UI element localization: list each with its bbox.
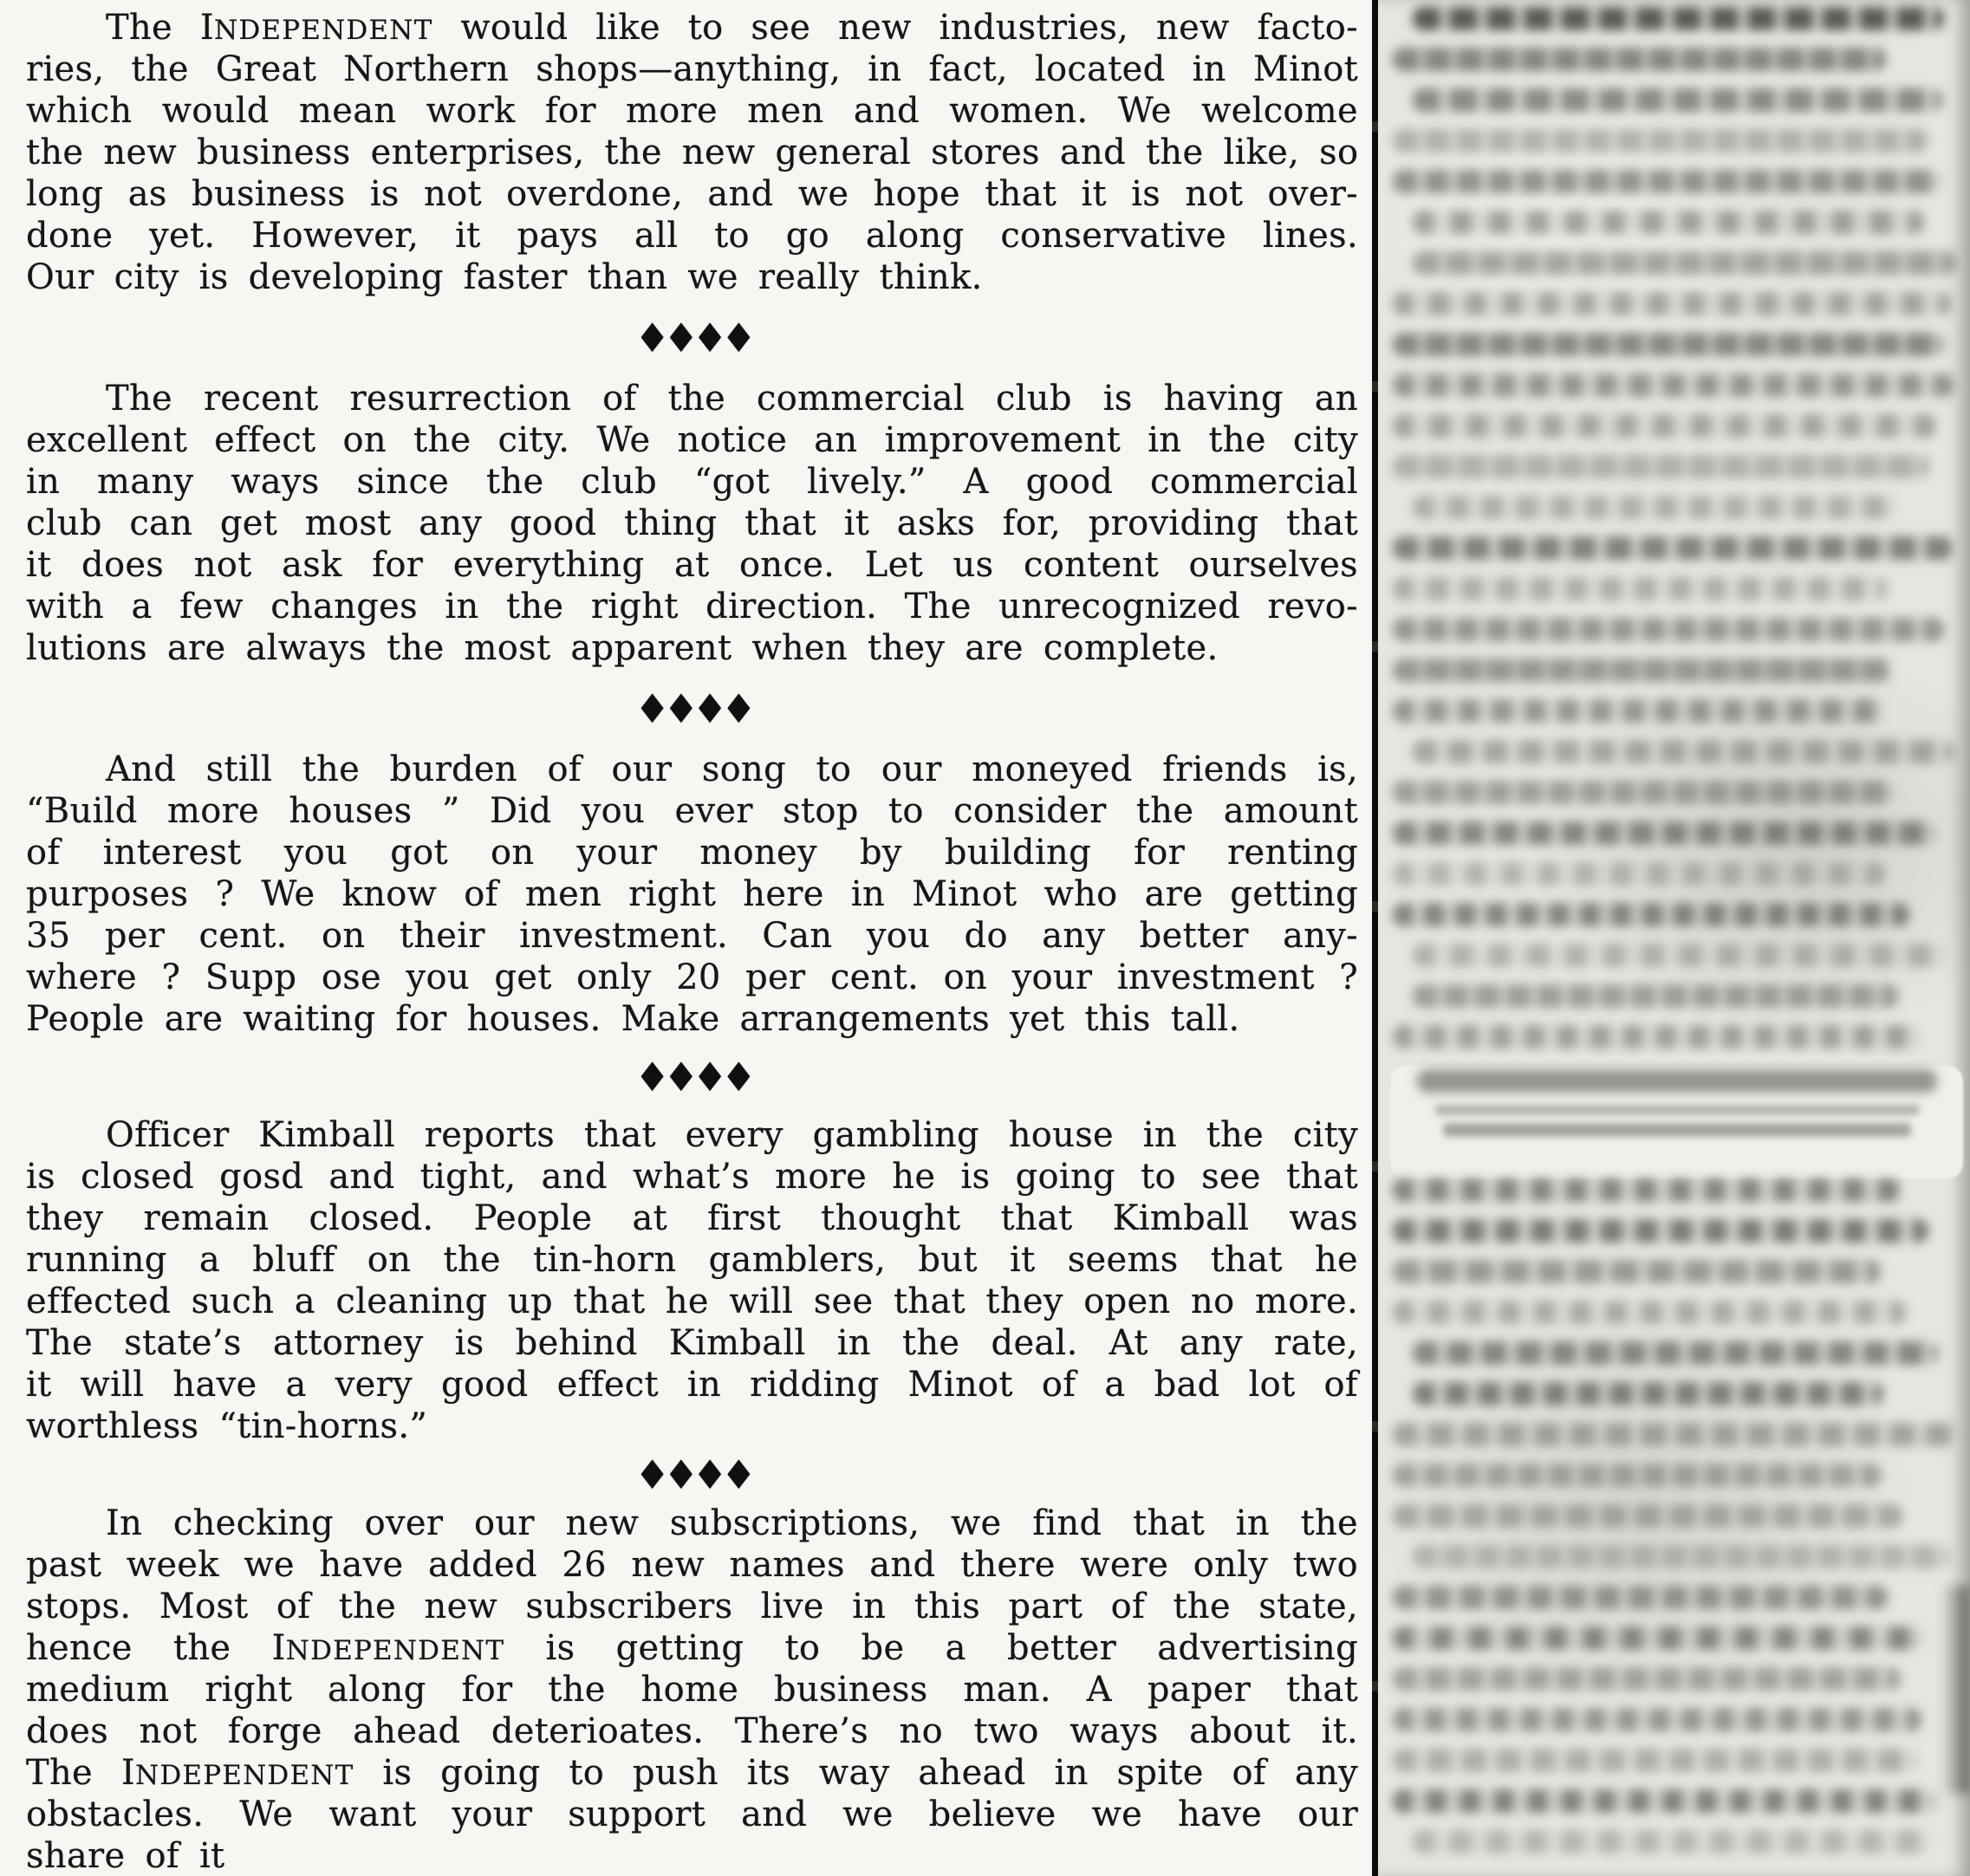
blurred-text-line bbox=[1393, 699, 1883, 723]
blurred-text-line bbox=[1393, 577, 1887, 600]
text-line: Officer Kimball reports that every gambl… bbox=[26, 1114, 1358, 1156]
body-text: I bbox=[272, 1628, 286, 1668]
blurred-text-line bbox=[1413, 1545, 1948, 1568]
blurred-text-line bbox=[1393, 333, 1943, 356]
body-text: The recent resurrection of the commercia… bbox=[106, 379, 1358, 419]
blurred-text-line bbox=[1393, 821, 1935, 845]
text-line: medium right along for the home business… bbox=[26, 1669, 1358, 1710]
body-text: in many ways since the club “got lively.… bbox=[26, 462, 1358, 502]
body-text: does not forge ahead deterioates. There’… bbox=[26, 1711, 1358, 1751]
text-line: with a few changes in the right directio… bbox=[26, 586, 1358, 627]
blurred-text-line bbox=[1393, 862, 1886, 886]
text-line: hence the INDEPENDENT is getting to be a… bbox=[26, 1627, 1358, 1669]
body-text: share of it bbox=[26, 1836, 224, 1876]
text-line: long as business is not overdone, and we… bbox=[26, 173, 1358, 215]
body-text: hence the bbox=[26, 1628, 272, 1668]
blurred-text-line bbox=[1393, 1178, 1901, 1202]
text-line: ries, the Great Northern shops—anything,… bbox=[26, 49, 1358, 90]
section-rule-bottom bbox=[1443, 1123, 1911, 1137]
body-text: obstacles. We want your support and we b… bbox=[26, 1795, 1358, 1834]
blurred-text-line bbox=[1393, 1504, 1902, 1528]
body-text: I bbox=[121, 1753, 135, 1793]
text-line: The INDEPENDENT would like to see new in… bbox=[26, 7, 1358, 49]
text-line: The state’s attorney is behind Kimball i… bbox=[26, 1322, 1358, 1364]
scan-edge-smudge bbox=[1941, 1586, 1970, 1794]
blurred-text-line bbox=[1393, 170, 1940, 193]
body-text: Our city is developing faster than we re… bbox=[26, 257, 983, 297]
text-line: And still the burden of our song to our … bbox=[26, 749, 1358, 790]
paragraph: The recent resurrection of the commercia… bbox=[26, 378, 1358, 669]
text-line: obstacles. We want your support and we b… bbox=[26, 1794, 1358, 1835]
text-line: The INDEPENDENT is going to push its way… bbox=[26, 1752, 1358, 1794]
blurred-text-line bbox=[1413, 7, 1944, 30]
body-text: I bbox=[200, 8, 214, 48]
body-text: long as business is not overdone, and we… bbox=[26, 174, 1358, 214]
blurred-text-line bbox=[1393, 536, 1953, 560]
blurred-text-line bbox=[1393, 1626, 1922, 1650]
blurred-text-line bbox=[1393, 129, 1928, 153]
body-text: In checking over our new subscriptions, … bbox=[106, 1503, 1358, 1543]
blurred-text-line bbox=[1393, 903, 1909, 926]
paragraph: And still the burden of our song to our … bbox=[26, 749, 1358, 1040]
blurred-text-line bbox=[1393, 48, 1886, 71]
body-text: “Build more houses ” Did you ever stop t… bbox=[26, 791, 1358, 831]
body-text: of interest you got on your money by bui… bbox=[26, 833, 1358, 873]
blurred-text-line bbox=[1393, 1708, 1921, 1731]
body-text: running a bluff on the tin-horn gamblers… bbox=[26, 1240, 1358, 1280]
body-text: which would mean work for more men and w… bbox=[26, 91, 1358, 131]
body-text: purposes ? We know of men right here in … bbox=[26, 874, 1358, 914]
blurred-text-line bbox=[1393, 781, 1894, 804]
blurred-text-line bbox=[1413, 984, 1898, 1008]
small-caps-text: NDEPENDENT bbox=[286, 1635, 505, 1666]
text-line: it will have a very good effect in riddi… bbox=[26, 1364, 1358, 1405]
text-line: excellent effect on the city. We notice … bbox=[26, 419, 1358, 461]
blurred-text-line bbox=[1413, 1830, 1930, 1853]
section-break-gap bbox=[1390, 1137, 1963, 1173]
blurred-text-line bbox=[1393, 292, 1951, 315]
blurred-text-line bbox=[1413, 496, 1896, 519]
text-line: Our city is developing faster than we re… bbox=[26, 256, 1358, 298]
blurred-text-line bbox=[1413, 944, 1946, 967]
body-text: stops. Most of the new subscribers live … bbox=[26, 1587, 1358, 1626]
text-line: effected such a cleaning up that he will… bbox=[26, 1281, 1358, 1322]
body-text: is going to push its way ahead in spite … bbox=[354, 1753, 1359, 1793]
text-line: share of it bbox=[26, 1835, 1358, 1876]
blurred-text-line bbox=[1413, 1341, 1938, 1365]
text-line: they remain closed. People at first thou… bbox=[26, 1198, 1358, 1239]
body-text: with a few changes in the right directio… bbox=[26, 587, 1358, 626]
text-line: the new business enterprises, the new ge… bbox=[26, 132, 1358, 173]
text-line: worthless “tin-horns.” bbox=[26, 1405, 1358, 1447]
text-line: in many ways since the club “got lively.… bbox=[26, 461, 1358, 503]
text-line: “Build more houses ” Did you ever stop t… bbox=[26, 790, 1358, 832]
body-text: And still the burden of our song to our … bbox=[106, 750, 1358, 789]
paragraph: The INDEPENDENT would like to see new in… bbox=[26, 7, 1358, 298]
section-break bbox=[1390, 1066, 1963, 1178]
diamond-separator: ♦♦♦♦ bbox=[26, 298, 1358, 378]
blurred-text-line bbox=[1413, 211, 1924, 234]
body-text: worthless “tin-horns.” bbox=[26, 1406, 427, 1446]
diamond-separator: ♦♦♦♦ bbox=[26, 1447, 1358, 1503]
paragraph: In checking over our new subscriptions, … bbox=[26, 1503, 1358, 1876]
text-line: club can get most any good thing that it… bbox=[26, 503, 1358, 544]
body-text: Officer Kimball reports that every gambl… bbox=[106, 1115, 1358, 1155]
text-line: it does not ask for everything at once. … bbox=[26, 544, 1358, 586]
blurred-text-line bbox=[1393, 1586, 1888, 1609]
blurred-text-line bbox=[1393, 1301, 1906, 1324]
blurred-text-line bbox=[1393, 1667, 1901, 1691]
text-line: 35 per cent. on their investment. Can yo… bbox=[26, 915, 1358, 957]
article-column: The INDEPENDENT would like to see new in… bbox=[0, 0, 1372, 1876]
text-line: purposes ? We know of men right here in … bbox=[26, 873, 1358, 915]
body-text: ries, the Great Northern shops—anything,… bbox=[26, 49, 1358, 89]
section-rule-top bbox=[1434, 1105, 1920, 1115]
blurred-text-line bbox=[1393, 455, 1929, 478]
body-text: the new business enterprises, the new ge… bbox=[26, 133, 1358, 172]
newspaper-page-scan: The INDEPENDENT would like to see new in… bbox=[0, 0, 1970, 1876]
body-text: The bbox=[106, 8, 200, 48]
column-divider-rule bbox=[1372, 0, 1378, 1876]
body-text: they remain closed. People at first thou… bbox=[26, 1198, 1358, 1238]
diamond-separator: ♦♦♦♦ bbox=[26, 1040, 1358, 1114]
small-caps-text: NDEPENDENT bbox=[214, 15, 433, 46]
text-line: past week we have added 26 new names and… bbox=[26, 1544, 1358, 1586]
body-text: past week we have added 26 new names and… bbox=[26, 1545, 1358, 1585]
body-text: excellent effect on the city. We notice … bbox=[26, 420, 1358, 460]
body-text: People are waiting for houses. Make arra… bbox=[26, 999, 1239, 1039]
text-line: where ? Supp ose you get only 20 per cen… bbox=[26, 957, 1358, 998]
blurred-text-line bbox=[1393, 1749, 1915, 1772]
blurred-text-line bbox=[1393, 618, 1944, 641]
blurred-text-line bbox=[1413, 1382, 1883, 1405]
text-line: The recent resurrection of the commercia… bbox=[26, 378, 1358, 419]
text-line: does not forge ahead deterioates. There’… bbox=[26, 1710, 1358, 1752]
blurred-text-line bbox=[1393, 414, 1937, 438]
paragraph: Officer Kimball reports that every gambl… bbox=[26, 1114, 1358, 1447]
blurred-text-line bbox=[1393, 1219, 1928, 1243]
text-line: running a bluff on the tin-horn gamblers… bbox=[26, 1239, 1358, 1281]
blurred-text-line bbox=[1393, 1464, 1882, 1487]
body-text: it will have a very good effect in riddi… bbox=[26, 1365, 1358, 1405]
body-text: is closed gosd and tight, and what’s mor… bbox=[26, 1157, 1358, 1197]
body-text: 35 per cent. on their investment. Can yo… bbox=[26, 916, 1358, 956]
blurred-text-line bbox=[1393, 373, 1954, 397]
diamond-separator: ♦♦♦♦ bbox=[26, 669, 1358, 749]
body-text: The state’s attorney is behind Kimball i… bbox=[26, 1323, 1358, 1363]
body-text: where ? Supp ose you get only 20 per cen… bbox=[26, 957, 1358, 997]
blurred-text-line bbox=[1413, 251, 1956, 275]
text-line: lutions are always the most apparent whe… bbox=[26, 627, 1358, 669]
body-text: would like to see new industries, new fa… bbox=[433, 8, 1358, 48]
body-text: it does not ask for everything at once. … bbox=[26, 545, 1358, 585]
blurred-text-line bbox=[1413, 740, 1954, 763]
blurred-text-line bbox=[1393, 659, 1891, 682]
text-line: which would mean work for more men and w… bbox=[26, 90, 1358, 132]
blurred-text-line bbox=[1393, 1025, 1920, 1048]
blurred-heading-line bbox=[1417, 1069, 1937, 1093]
body-text: effected such a cleaning up that he will… bbox=[26, 1282, 1358, 1321]
small-caps-text: NDEPENDENT bbox=[135, 1760, 354, 1791]
body-text: club can get most any good thing that it… bbox=[26, 503, 1358, 543]
blurred-text-line bbox=[1393, 1423, 1956, 1446]
text-line: In checking over our new subscriptions, … bbox=[26, 1503, 1358, 1544]
body-text: is getting to be a better advertising bbox=[504, 1628, 1358, 1668]
text-line: stops. Most of the new subscribers live … bbox=[26, 1586, 1358, 1627]
body-text: The bbox=[26, 1753, 121, 1793]
body-text: done yet. However, it pays all to go alo… bbox=[26, 216, 1358, 256]
body-text: lutions are always the most apparent whe… bbox=[26, 628, 1219, 668]
blurred-text-line bbox=[1393, 1260, 1881, 1283]
adjacent-column-blurred bbox=[1378, 0, 1970, 1876]
text-line: done yet. However, it pays all to go alo… bbox=[26, 215, 1358, 256]
text-line: is closed gosd and tight, and what’s mor… bbox=[26, 1156, 1358, 1198]
body-text: medium right along for the home business… bbox=[26, 1670, 1358, 1710]
text-line: People are waiting for houses. Make arra… bbox=[26, 998, 1358, 1040]
text-line: of interest you got on your money by bui… bbox=[26, 832, 1358, 873]
blurred-text-line bbox=[1393, 1789, 1935, 1813]
blurred-text-line bbox=[1413, 88, 1942, 112]
